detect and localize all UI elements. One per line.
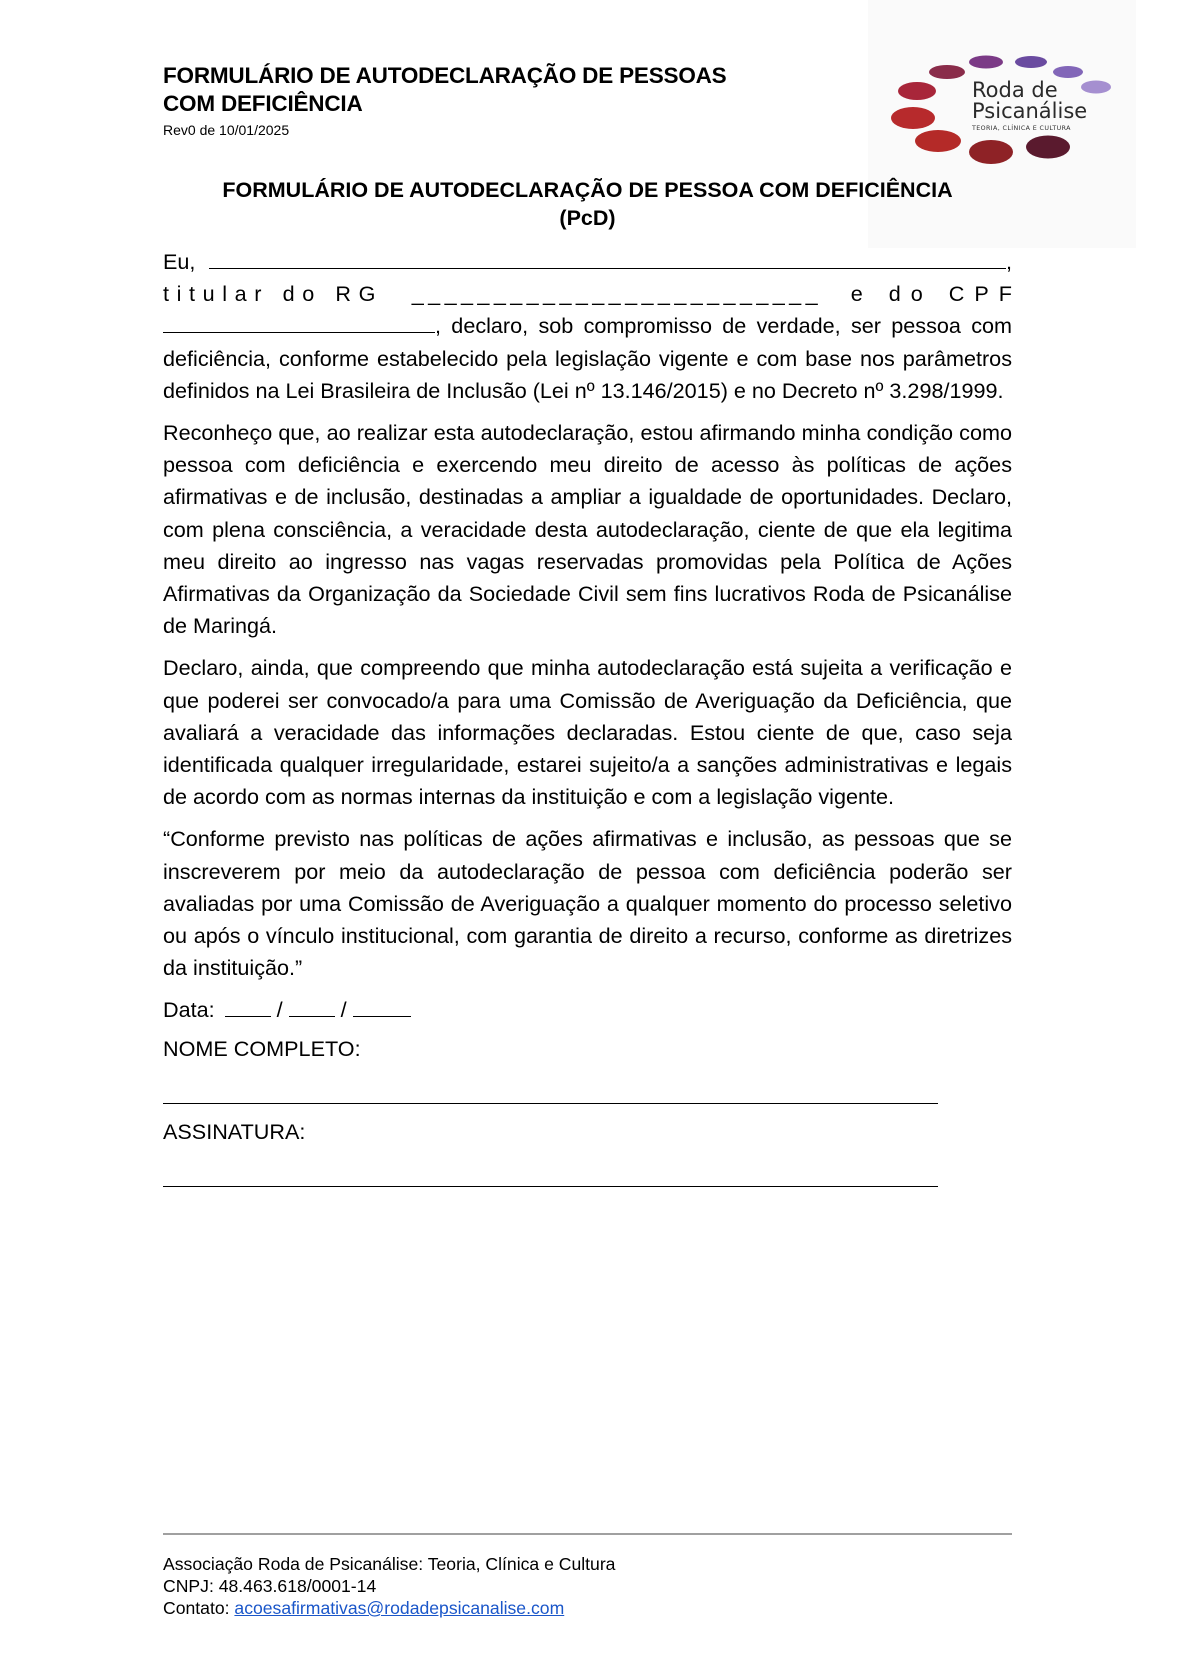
contact-email-link[interactable]: acoesafirmativas@rodadepsicanalise.com — [234, 1598, 564, 1618]
cpf-label: e do CPF — [851, 278, 1022, 310]
footer-cnpj: CNPJ: 48.463.618/0001-14 — [163, 1575, 615, 1597]
paragraph-verification: Declaro, ainda, que compreendo que minha… — [163, 652, 1012, 813]
logo-tagline: TEORIA, CLÍNICA E CULTURA — [971, 123, 1071, 132]
header-title-line2: COM DEFICIÊNCIA — [163, 90, 863, 118]
date-label: Data: — [163, 997, 215, 1022]
footer-divider — [163, 1533, 1012, 1535]
full-name-blank[interactable] — [163, 1065, 938, 1104]
document-body: Eu, , titular do RG ____________________… — [163, 246, 1012, 1187]
document-title-line2: (PcD) — [163, 204, 1012, 232]
eu-comma: , — [1006, 246, 1012, 278]
signature-blank[interactable] — [163, 1148, 938, 1187]
name-line: Eu, , — [163, 246, 1012, 278]
rg-label: titular do RG — [163, 278, 383, 310]
rg-blank[interactable]: _________________________ — [412, 278, 822, 310]
header-title-line1: FORMULÁRIO DE AUTODECLARAÇÃO DE PESSOAS — [163, 62, 863, 90]
full-name-label: NOME COMPLETO: — [163, 1033, 1012, 1065]
paragraph-declaration: , declaro, sob compromisso de verdade, s… — [163, 310, 1012, 407]
rg-cpf-line: titular do RG _________________________ … — [163, 278, 1012, 310]
paragraph-acknowledgement: Reconheço que, ao realizar esta autodecl… — [163, 417, 1012, 642]
cpf-blank[interactable] — [163, 310, 435, 333]
date-month-blank[interactable] — [289, 994, 335, 1017]
signature-label: ASSINATURA: — [163, 1116, 1012, 1148]
document-page: Roda de Psicanálise TEORIA, CLÍNICA E CU… — [0, 0, 1178, 1678]
paragraph-policy-quote: “Conforme previsto nas políticas de açõe… — [163, 823, 1012, 984]
revision-label: Rev0 de 10/01/2025 — [163, 120, 863, 140]
footer-contact: Contato: acoesafirmativas@rodadepsicanal… — [163, 1597, 615, 1619]
document-title-line1: FORMULÁRIO DE AUTODECLARAÇÃO DE PESSOA C… — [163, 176, 1012, 204]
document-title: FORMULÁRIO DE AUTODECLARAÇÃO DE PESSOA C… — [163, 176, 1012, 232]
eu-label: Eu, — [163, 246, 195, 278]
logo-name-line2: Psicanálise — [972, 99, 1087, 123]
date-year-blank[interactable] — [353, 994, 411, 1017]
page-footer: Associação Roda de Psicanálise: Teoria, … — [163, 1553, 615, 1619]
page-header: FORMULÁRIO DE AUTODECLARAÇÃO DE PESSOAS … — [163, 62, 863, 140]
date-field: Data: / / — [163, 994, 1012, 1026]
footer-organization: Associação Roda de Psicanálise: Teoria, … — [163, 1553, 615, 1575]
date-day-blank[interactable] — [225, 994, 271, 1017]
declarant-name-blank[interactable] — [209, 246, 1006, 269]
